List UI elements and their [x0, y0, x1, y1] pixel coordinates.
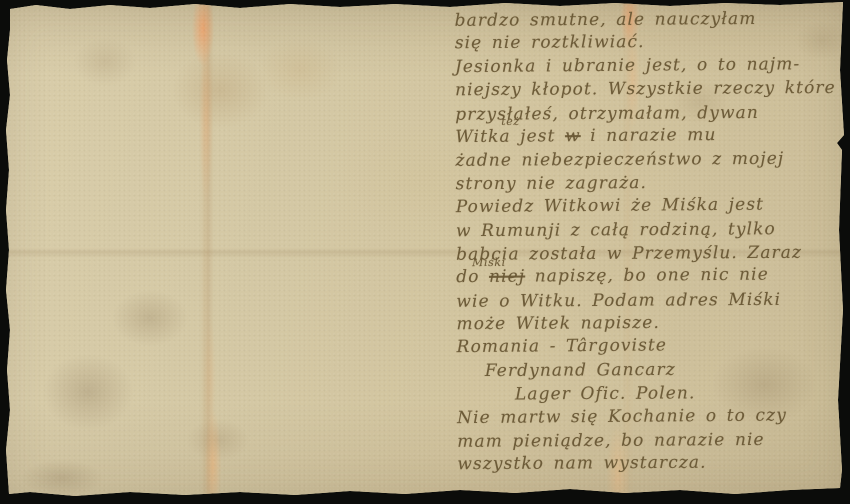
line-text: Witka jest [455, 126, 565, 147]
letter-line: Jesionka i ubranie jest, o to najm- [455, 53, 847, 80]
letter-line: Powiedz Witkowi że Miśka jest [456, 193, 848, 220]
letter-text: bardzo smutne, ale nauczyłam się nie roz… [455, 7, 850, 477]
line-text: napiszę, bo one nic nie [525, 265, 769, 287]
letter-sheet: bardzo smutne, ale nauczyłam się nie roz… [0, 0, 850, 504]
letter-line-address: Ferdynand Gancarz [485, 358, 849, 384]
letter-line: się nie roztkliwiać. [455, 30, 847, 56]
letter-line: wszystko nam wystarcza. [457, 451, 849, 477]
letter-line: bardzo smutne, ale nauczyłam [455, 7, 847, 33]
letter-line: wie o Witku. Podam adres Miśki [456, 288, 848, 314]
inserted-word-above-line: też [501, 115, 520, 128]
letter-line-with-correction: do niej napiszę, bo one nic nie [456, 263, 848, 290]
letter-line: mam pieniądze, bo narazie nie [457, 428, 849, 454]
letter-line-address: Lager Ofic. Polen. [515, 382, 849, 407]
letter-line-address: Romania - Târgoviste [457, 333, 849, 360]
letter-line: w Rumunji z całą rodziną, tylko [456, 217, 848, 243]
letter-line: żadne niebezpieczeństwo z mojej [455, 148, 847, 174]
line-text: i narazie mu [581, 125, 717, 146]
crossed-out-word: w [565, 126, 581, 146]
letter-line: niejszy kłopot. Wszystkie rzeczy które [455, 77, 847, 103]
letter-line: Nie martw się Kochanie o to czy [457, 404, 849, 431]
line-text: do [456, 267, 489, 287]
crossed-out-word: niej [489, 267, 525, 287]
inserted-word-above-line: Miśki [472, 256, 506, 269]
scanner-background: bardzo smutne, ale nauczyłam się nie roz… [0, 0, 850, 504]
